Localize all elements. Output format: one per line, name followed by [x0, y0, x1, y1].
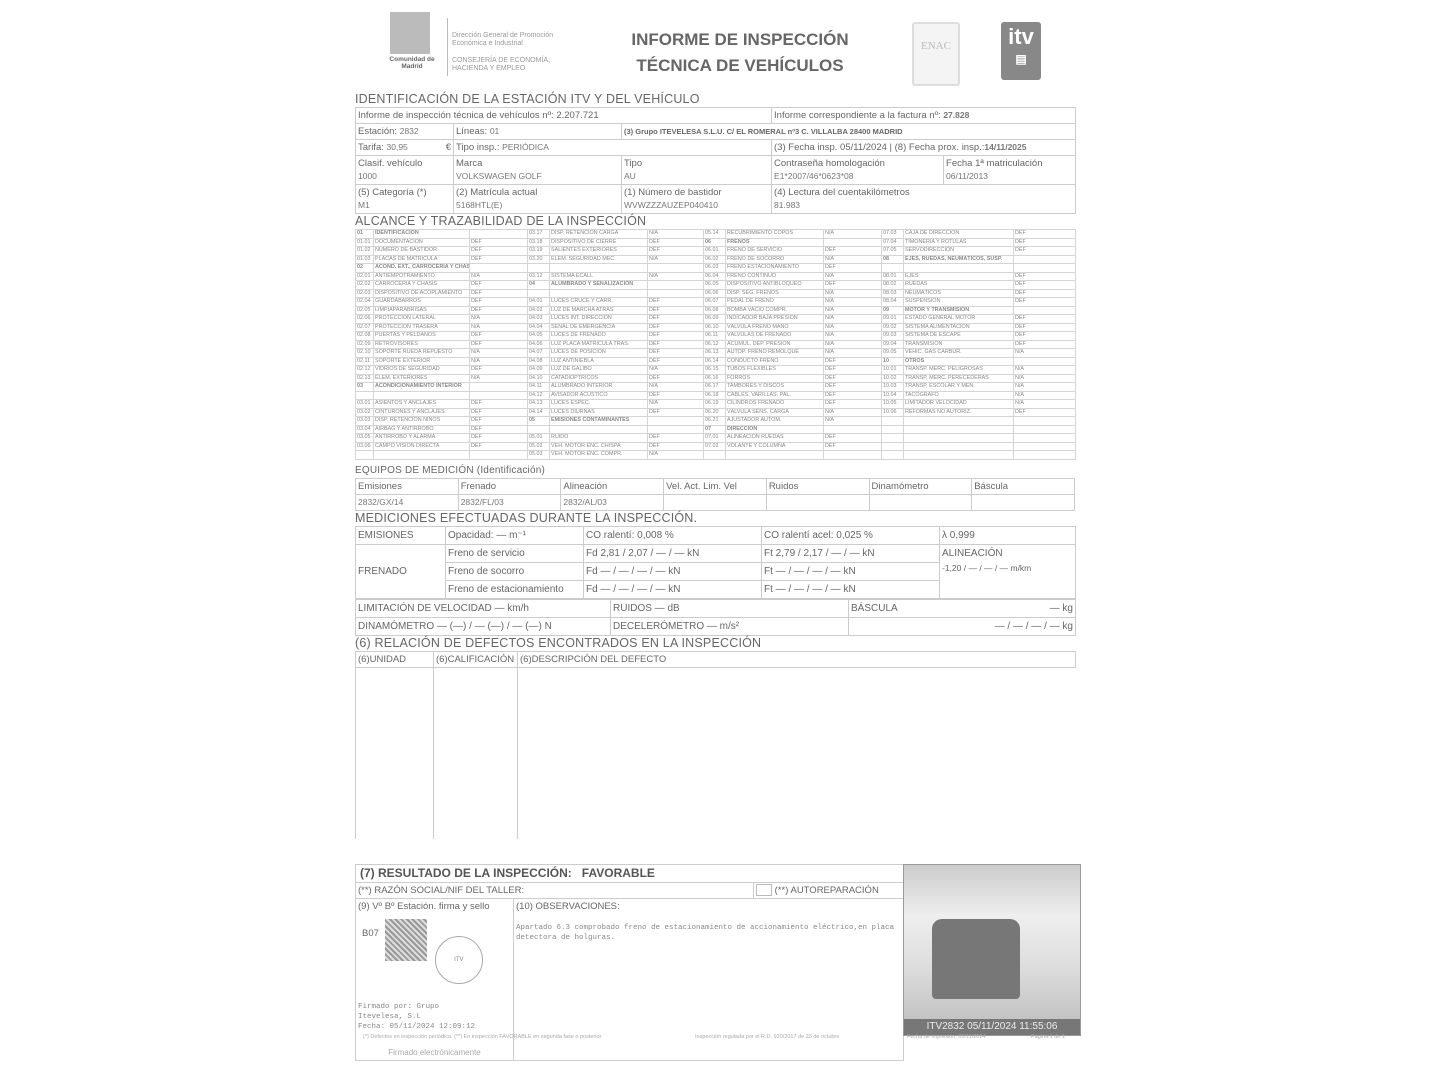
- scope-row: 03.02CINTURONES Y ANCLAJESDEF04.14LUCES …: [356, 408, 1076, 417]
- scope-result: [1014, 264, 1076, 273]
- scope-code: 06.16: [704, 374, 726, 383]
- parking-brake-fd: Fd — / — / — / — kN: [584, 580, 762, 598]
- scope-code: 08: [882, 255, 904, 264]
- scope-item: TRANSP. MERC. PELIGROSAS: [904, 366, 1014, 375]
- noise: RUIDOS — dB: [611, 599, 849, 617]
- scope-result: [648, 425, 704, 434]
- scope-result: DEF: [470, 332, 528, 341]
- scope-result: DEF: [470, 366, 528, 375]
- scope-result: DEF: [648, 349, 704, 358]
- scope-item: GUARDABARROS: [374, 298, 470, 307]
- parking-brake-ft: Ft — / — / — / — kN: [762, 580, 940, 598]
- scope-result: [824, 425, 882, 434]
- lambda: λ 0,999: [940, 526, 1076, 544]
- scope-result: N/A: [470, 272, 528, 281]
- scope-item: FRENO ESTACIONAMIENTO: [726, 264, 824, 273]
- scope-code: 01.03: [356, 255, 374, 264]
- scope-result: N/A: [648, 272, 704, 281]
- equipment-header: Vel. Act. Lim. Vel: [664, 478, 767, 494]
- scope-result: DEF: [1014, 340, 1076, 349]
- scope-row: 02.02CARROCERÍA Y CHASISDEF04ALUMBRADO Y…: [356, 281, 1076, 290]
- footer-page: Página 1 de 1: [1031, 1034, 1065, 1040]
- scope-item: LUZ DE GÁLIBO: [550, 366, 648, 375]
- scope-result: DEF: [648, 315, 704, 324]
- scope-item: ALUMBRADO Y SEÑALIZACIÓN: [550, 281, 648, 290]
- scope-result: N/A: [824, 417, 882, 426]
- scope-row: 02.07PROTECCIÓN TRASERAN/A04.04SEÑAL DE …: [356, 323, 1076, 332]
- scope-result: DEF: [824, 442, 882, 451]
- ministry-name: CONSEJERÍA DE ECONOMÍA,HACIENDA Y EMPLEO: [452, 57, 592, 73]
- scope-item: CATADIÓPTRICOS: [550, 374, 648, 383]
- scope-code: 04.12: [528, 391, 550, 400]
- scope-item: LUCES INT. DIRECCIÓN: [550, 315, 648, 324]
- scope-item: SISTEMA ALIMENTACIÓN: [904, 323, 1014, 332]
- vehicle-category: (5) Categoría (*)M1: [356, 185, 454, 214]
- scope-result: DEF: [1014, 230, 1076, 239]
- scope-item: CILINDROS FRENADO: [726, 400, 824, 409]
- scope-result: N/A: [1014, 366, 1076, 375]
- scope-code: 04.07: [528, 349, 550, 358]
- scope-item: ALUMBRADO INTERIOR: [550, 383, 648, 392]
- scope-code: [528, 425, 550, 434]
- scope-item: NEUMÁTICOS: [904, 289, 1014, 298]
- comunidad-madrid-logo-icon: [390, 12, 430, 54]
- scope-code: 10.02: [882, 374, 904, 383]
- scope-result: DEF: [824, 357, 882, 366]
- service-brake-ft: Ft 2,79 / 2,17 / — / — kN: [762, 544, 940, 562]
- defects-table: (6)UNIDAD (6)CALIFICACIÓN (6)DESCRIPCIÓN…: [355, 651, 1076, 839]
- photo-timestamp: ITV2832 05/11/2024 11:55:06: [904, 1019, 1080, 1035]
- scope-code: 03.04: [356, 425, 374, 434]
- scope-result: DEF: [470, 408, 528, 417]
- scope-result: DEF: [470, 306, 528, 315]
- scope-code: 02.10: [356, 349, 374, 358]
- defect-unit-empty: [356, 667, 434, 839]
- scope-item: FRENOS: [726, 238, 824, 247]
- scope-code: 06.08: [704, 306, 726, 315]
- scope-code: 07.02: [704, 442, 726, 451]
- scope-code: 05: [528, 417, 550, 426]
- scope-code: 02.07: [356, 323, 374, 332]
- scope-item: TIMONERÍA Y RÓTULAS: [904, 238, 1014, 247]
- scope-item: BOMBA VACÍO COMPR.: [726, 306, 824, 315]
- scope-result: N/A: [824, 230, 882, 239]
- scope-result: DEF: [470, 289, 528, 298]
- scope-item: FRENO DE SOCORRO: [726, 255, 824, 264]
- scope-code: 08.03: [882, 289, 904, 298]
- scope-item: AJUSTADOR AUTOM.: [726, 417, 824, 426]
- scope-item: DISP. RETENCIÓN NIÑOS: [374, 417, 470, 426]
- scope-item: DISPOSITIVO ANTIBLOQUEO: [726, 281, 824, 290]
- odometer: (4) Lectura del cuentakilómetros81.983: [772, 185, 1076, 214]
- section-measurements-title: MEDICIONES EFECTUADAS DURANTE LA INSPECC…: [355, 511, 1077, 526]
- scope-result: DEF: [648, 391, 704, 400]
- scope-result: N/A: [648, 383, 704, 392]
- scope-item: [904, 442, 1014, 451]
- scope-result: DEF: [470, 417, 528, 426]
- scope-code: [882, 417, 904, 426]
- scope-item: ALINEACIÓN RUEDAS: [726, 434, 824, 443]
- scope-item: TRANSP. ESCOLAR Y MEN.: [904, 383, 1014, 392]
- identification-table: Informe de inspección técnica de vehícul…: [355, 107, 1076, 214]
- scope-item: VÁLVULA FRENO MANO: [726, 323, 824, 332]
- co-accel: CO ralentí acel: 0,025 %: [762, 526, 940, 544]
- scope-result: DEF: [1014, 272, 1076, 281]
- scope-result: DEF: [1014, 281, 1076, 290]
- scope-result: N/A: [470, 357, 528, 366]
- scope-row: 02.13ELEM. EXTERIORESN/A04.10CATADIÓPTRI…: [356, 374, 1076, 383]
- scope-result: [1014, 357, 1076, 366]
- scope-code: 04.03: [528, 315, 550, 324]
- scope-result: [1014, 434, 1076, 443]
- scope-row: 03.03DISP. RETENCIÓN NIÑOSDEF05EMISIONES…: [356, 417, 1076, 426]
- scope-result: [648, 264, 704, 273]
- lines: Líneas: 01: [454, 124, 622, 140]
- scope-result: N/A: [824, 340, 882, 349]
- scope-item: SOPORTE RUEDA REPUESTO: [374, 349, 470, 358]
- scope-code: 06.15: [704, 366, 726, 375]
- equipment-header: Ruidos: [766, 478, 869, 494]
- scope-code: 02.12: [356, 366, 374, 375]
- defect-rating-empty: [434, 667, 518, 839]
- scope-result: N/A: [824, 255, 882, 264]
- scope-result: N/A: [824, 289, 882, 298]
- scope-code: 06.21: [704, 417, 726, 426]
- scope-code: 06.13: [704, 349, 726, 358]
- service-brake-fd: Fd 2,81 / 2,07 / — / — kN: [584, 544, 762, 562]
- scope-result: N/A: [470, 323, 528, 332]
- section-identification-title: IDENTIFICACIÓN DE LA ESTACIÓN ITV Y DEL …: [355, 92, 1077, 107]
- scope-item: DIRECCIÓN: [726, 425, 824, 434]
- scope-code: 04.05: [528, 332, 550, 341]
- scope-code: [528, 264, 550, 273]
- scope-code: 09.04: [882, 340, 904, 349]
- scope-code: 10.04: [882, 391, 904, 400]
- scope-item: DISP. RETENCIÓN CARGA: [550, 230, 648, 239]
- scope-result: N/A: [470, 374, 528, 383]
- scope-item: ASIENTOS Y ANCLAJES: [374, 400, 470, 409]
- scope-code: 03.03: [356, 417, 374, 426]
- scope-code: 02.13: [356, 374, 374, 383]
- scope-item: CAMPO VISIÓN DIRECTA: [374, 442, 470, 451]
- scope-code: [882, 451, 904, 460]
- vehicle-class: Clasif. vehículo1000: [356, 156, 454, 185]
- scope-result: DEF: [470, 298, 528, 307]
- scope-item: TAMBORES Y DISCOS: [726, 383, 824, 392]
- scope-code: 06.06: [704, 289, 726, 298]
- scale-axles: — / — / — / — kg: [849, 617, 1076, 635]
- scope-result: [470, 264, 528, 273]
- scope-item: [726, 451, 824, 460]
- scope-item: DISP. SEG. FRENOS: [726, 289, 824, 298]
- scope-code: 06.19: [704, 400, 726, 409]
- scope-code: 07.01: [704, 434, 726, 443]
- scope-result: [648, 417, 704, 426]
- scope-result: N/A: [824, 272, 882, 281]
- itv-inspection-report: Comunidad de Madrid Dirección General de…: [355, 10, 1077, 1050]
- vehicle-type: TipoAU: [622, 156, 772, 185]
- equipment-header: Alineación: [561, 478, 664, 494]
- scope-result: DEF: [824, 434, 882, 443]
- scope-code: 02.02: [356, 281, 374, 290]
- scope-result: [1014, 255, 1076, 264]
- scope-row: 01.03PLACAS DE MATRÍCULADEF03.20ELEM. SE…: [356, 255, 1076, 264]
- scope-item: VEHÍC. GAS CARBUR.: [904, 349, 1014, 358]
- scope-item: MOTOR Y TRANSMISIÓN: [904, 306, 1014, 315]
- footer-regulation: Inspección regulada por el R.D. 920/2017…: [695, 1034, 839, 1040]
- invoice-number: Informe correspondiente a la factura nº:…: [772, 108, 1076, 124]
- scope-row: 03.04AIRBAG Y ANTIRROBODEF07DIRECCIÓN: [356, 425, 1076, 434]
- scope-item: ANTIRROBO Y ALARMA: [374, 434, 470, 443]
- fee: Tarifa: 30,95 €: [356, 140, 454, 156]
- scope-code: 06.10: [704, 323, 726, 332]
- result-value: FAVORABLE: [582, 866, 655, 880]
- scope-result: DEF: [470, 238, 528, 247]
- scope-item: RUIDO: [550, 434, 648, 443]
- scope-code: 03.12: [528, 272, 550, 281]
- scope-item: LUCES DE FRENADO: [550, 332, 648, 341]
- scope-code: 06.14: [704, 357, 726, 366]
- measurements-extra-table: LIMITACIÓN DE VELOCIDAD — km/h RUIDOS — …: [355, 599, 1076, 636]
- scope-result: DEF: [1014, 332, 1076, 341]
- scope-item: SEÑAL DE EMERGENCIA: [550, 323, 648, 332]
- scope-code: 06.07: [704, 298, 726, 307]
- scope-item: RECUBRIMIENTO COPOS: [726, 230, 824, 239]
- scope-result: [824, 451, 882, 460]
- section-scope-title: ALCANCE Y TRAZABILIDAD DE LA INSPECCIÓN: [355, 214, 1077, 229]
- scope-code: 06.02: [704, 255, 726, 264]
- scope-item: SALIENTES EXTERIORES: [550, 247, 648, 256]
- scope-result: [470, 383, 528, 392]
- scope-result: N/A: [824, 306, 882, 315]
- scope-result: DEF: [648, 340, 704, 349]
- scope-item: SISTEMA ECALL: [550, 272, 648, 281]
- scope-result: N/A: [470, 315, 528, 324]
- scope-result: [1014, 306, 1076, 315]
- scope-result: [824, 238, 882, 247]
- scope-row: 02.12VIDRIOS DE SEGURIDADDEF04.09LUZ DE …: [356, 366, 1076, 375]
- scope-item: DISPOSITIVO DE CIERRE: [550, 238, 648, 247]
- scope-result: DEF: [1014, 238, 1076, 247]
- scope-item: TACÓGRAFO: [904, 391, 1014, 400]
- scope-item: [550, 289, 648, 298]
- scope-code: 04.01: [528, 298, 550, 307]
- scope-code: 05.01: [528, 434, 550, 443]
- parking-brake-label: Freno de estacionamiento: [446, 580, 584, 598]
- braking-label: FRENADO: [356, 544, 446, 598]
- scope-item: VIDRIOS DE SEGURIDAD: [374, 366, 470, 375]
- service-brake-label: Freno de servicio: [446, 544, 584, 562]
- scope-item: [550, 264, 648, 273]
- scope-item: INDICADOR BAJA PRESIÓN: [726, 315, 824, 324]
- col-description: (6)DESCRIPCIÓN DEL DEFECTO: [518, 651, 1076, 667]
- direction-name: Dirección General de PromociónEconómica …: [452, 32, 592, 48]
- scope-result: N/A: [824, 298, 882, 307]
- equipment-value: [664, 494, 767, 510]
- col-unit: (6)UNIDAD: [356, 651, 434, 667]
- scope-item: SISTEMA DE ESCAPE: [904, 332, 1014, 341]
- station-seal-icon: ITV: [435, 936, 483, 984]
- scope-item: TRANSMISIÓN: [904, 340, 1014, 349]
- scope-result: N/A: [648, 366, 704, 375]
- scope-code: 06.03: [704, 264, 726, 273]
- scope-code: 06.20: [704, 408, 726, 417]
- scope-item: SUSPENSIÓN: [904, 298, 1014, 307]
- scope-result: N/A: [648, 451, 704, 460]
- scope-code: 04.02: [528, 306, 550, 315]
- scope-code: 03.05: [356, 434, 374, 443]
- scope-code: 07: [704, 425, 726, 434]
- first-registration: Fecha 1ª matriculación06/11/2013: [944, 156, 1076, 185]
- scope-result: DEF: [470, 442, 528, 451]
- scope-code: 04: [528, 281, 550, 290]
- scope-result: N/A: [1014, 383, 1076, 392]
- scope-result: N/A: [648, 230, 704, 239]
- scope-code: [528, 289, 550, 298]
- section-defects-title: (6) RELACIÓN DE DEFECTOS ENCONTRADOS EN …: [355, 636, 1077, 651]
- scope-row: 01.01DOCUMENTACIÓNDEF03.18DISPOSITIVO DE…: [356, 238, 1076, 247]
- scope-result: [648, 289, 704, 298]
- scope-item: PEDAL DE FRENO: [726, 298, 824, 307]
- scope-result: DEF: [470, 400, 528, 409]
- scope-row: 02.10SOPORTE RUEDA REPUESTON/A04.07LUCES…: [356, 349, 1076, 358]
- scope-code: 01: [356, 230, 374, 239]
- scope-result: DEF: [470, 247, 528, 256]
- scope-code: 06.11: [704, 332, 726, 341]
- scope-row: 02.08PUERTAS Y PELDAÑOSDEF04.05LUCES DE …: [356, 332, 1076, 341]
- scope-item: EJES, RUEDAS, NEUMÁTICOS, SUSP.: [904, 255, 1014, 264]
- scope-result: DEF: [824, 400, 882, 409]
- station: Estación: 2832: [356, 124, 454, 140]
- scope-item: DOCUMENTACIÓN: [374, 238, 470, 247]
- scope-code: 09.02: [882, 323, 904, 332]
- scope-item: REFORMAS NO AUTORIZ.: [904, 408, 1014, 417]
- equipment-header: Báscula: [972, 478, 1075, 494]
- scope-result: DEF: [648, 298, 704, 307]
- scope-code: [882, 434, 904, 443]
- scope-result: N/A: [824, 332, 882, 341]
- equipment-header: Frenado: [458, 478, 561, 494]
- scope-item: [904, 434, 1014, 443]
- scope-item: AVISADOR ACÚSTICO: [550, 391, 648, 400]
- scope-result: DEF: [1014, 247, 1076, 256]
- scope-result: DEF: [824, 247, 882, 256]
- scope-code: 03.02: [356, 408, 374, 417]
- scope-row: 02.03DISPOSITIVO DE ACOPLAMIENTODEF06.06…: [356, 289, 1076, 298]
- scope-item: ACONDICIONAMIENTO INTERIOR: [374, 383, 470, 392]
- scope-item: [550, 425, 648, 434]
- decelerometer: DECELERÓMETRO — m/s²: [611, 617, 849, 635]
- speed-limit: LIMITACIÓN DE VELOCIDAD — km/h: [356, 599, 611, 617]
- scope-item: LUZ ANTINIEBLA: [550, 357, 648, 366]
- scope-item: [904, 417, 1014, 426]
- vehicle-photo: ITV2832 05/11/2024 11:55:06: [903, 864, 1081, 1036]
- scope-code: 09.05: [882, 349, 904, 358]
- scope-code: 07.03: [882, 230, 904, 239]
- scope-code: 09.01: [882, 315, 904, 324]
- scope-item: AUTOP. FRENO REMOLQUE: [726, 349, 824, 358]
- scope-result: DEF: [648, 332, 704, 341]
- inspection-result: (7) RESULTADO DE LA INSPECCIÓN: FAVORABL…: [356, 865, 904, 883]
- scope-result: DEF: [824, 383, 882, 392]
- scope-item: LIMPIAPARABRISAS: [374, 306, 470, 315]
- scope-code: 04.14: [528, 408, 550, 417]
- scope-code: 03.18: [528, 238, 550, 247]
- scope-item: CARROCERÍA Y CHASIS: [374, 281, 470, 290]
- scope-item: OTROS: [904, 357, 1014, 366]
- license-plate: (2) Matrícula actual5168HTL(E): [454, 185, 622, 214]
- scope-code: 02.11: [356, 357, 374, 366]
- footer-note: (*) Defectos en inspección periódica. (*…: [363, 1034, 601, 1040]
- scope-result: DEF: [470, 340, 528, 349]
- emergency-brake-fd: Fd — / — / — / — kN: [584, 562, 762, 580]
- scope-item: FORROS: [726, 374, 824, 383]
- inspection-dates: (3) Fecha insp. 05/11/2024 | (8) Fecha p…: [772, 140, 1076, 156]
- scope-code: 02.01: [356, 272, 374, 281]
- scope-item: EJES: [904, 272, 1014, 281]
- scope-item: LIMITADOR VELOCIDAD: [904, 400, 1014, 409]
- scope-code: 02.03: [356, 289, 374, 298]
- scope-item: VÁLVULAS DE FRENADO: [726, 332, 824, 341]
- scope-code: 03.20: [528, 255, 550, 264]
- section-equipment-title: EQUIPOS DE MEDICIÓN (Identificación): [355, 463, 1077, 478]
- inspection-type: Tipo insp.: PERIÓDICA: [454, 140, 772, 156]
- scope-result: DEF: [1014, 298, 1076, 307]
- scope-code: 06.05: [704, 281, 726, 290]
- scope-result: [470, 230, 528, 239]
- scope-item: LUCES CRUCE Y CARR.: [550, 298, 648, 307]
- equipment-value: [766, 494, 869, 510]
- scope-row: 02.01ANTIEMPOTRAMIENTON/A03.12SISTEMA EC…: [356, 272, 1076, 281]
- scope-code: 04.10: [528, 374, 550, 383]
- scope-result: N/A: [824, 408, 882, 417]
- scope-result: DEF: [648, 306, 704, 315]
- dynamometer: DINAMÓMETRO — (—) / — (—) / — (—) N: [356, 617, 611, 635]
- enac-logo-icon: ENAC: [912, 22, 960, 86]
- scope-code: 03.17: [528, 230, 550, 239]
- scope-code: 04.04: [528, 323, 550, 332]
- scope-result: DEF: [824, 391, 882, 400]
- scope-code: 03.01: [356, 400, 374, 409]
- scope-code: 10: [882, 357, 904, 366]
- scope-item: VEH. MOTOR ENC. CHISPA: [550, 442, 648, 451]
- emergency-brake-label: Freno de socorro: [446, 562, 584, 580]
- scope-result: DEF: [648, 238, 704, 247]
- authority-name: Comunidad de Madrid: [385, 56, 439, 70]
- scope-item: RETROVISORES: [374, 340, 470, 349]
- scope-result: DEF: [470, 281, 528, 290]
- scope-result: DEF: [1014, 323, 1076, 332]
- scope-code: 01.01: [356, 238, 374, 247]
- scope-row: 05.03VEH. MOTOR ENC. COMPR.N/A: [356, 451, 1076, 460]
- scope-code: 04.09: [528, 366, 550, 375]
- scope-item: PUERTAS Y PELDAÑOS: [374, 332, 470, 341]
- scope-code: 02.09: [356, 340, 374, 349]
- scope-code: 10.05: [882, 400, 904, 409]
- scope-result: [1014, 442, 1076, 451]
- scope-result: DEF: [470, 434, 528, 443]
- scope-item: VOLANTE Y COLUMNA: [726, 442, 824, 451]
- scope-item: PROTECCIÓN TRASERA: [374, 323, 470, 332]
- report-title: INFORME DE INSPECCIÓNTÉCNICA DE VEHÍCULO…: [595, 27, 885, 79]
- scope-result: DEF: [824, 264, 882, 273]
- vin-number: (1) Número de bastidorWVWZZZAUZEP040410: [622, 185, 772, 214]
- scope-result: DEF: [470, 255, 528, 264]
- opacity: Opacidad: — m⁻¹: [446, 526, 584, 544]
- scope-result: [470, 451, 528, 460]
- scope-code: 06.09: [704, 315, 726, 324]
- scope-result: DEF: [648, 442, 704, 451]
